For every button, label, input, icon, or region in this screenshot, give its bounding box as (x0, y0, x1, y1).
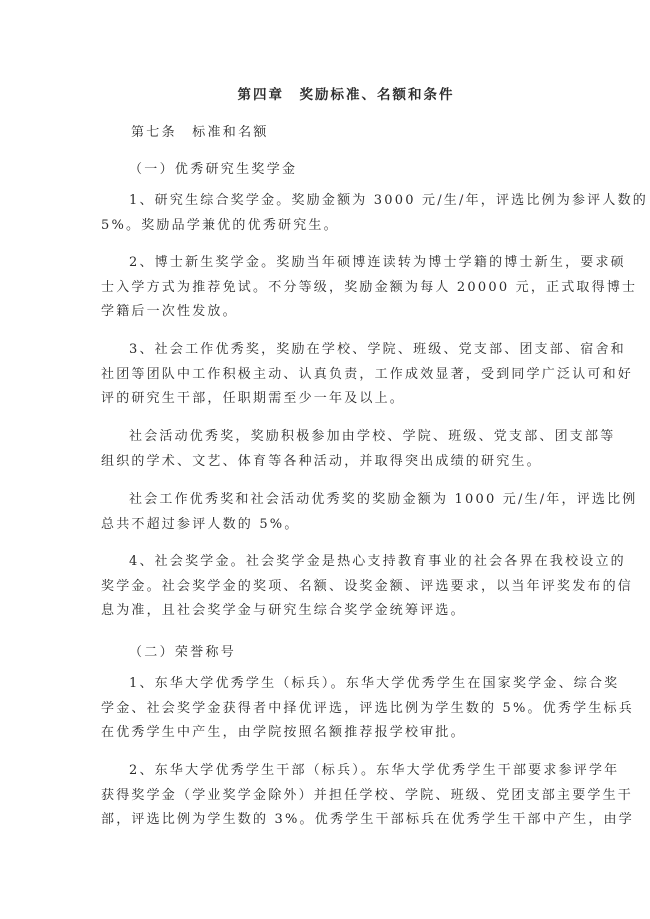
document-page: 第四章 奖励标准、名额和条件 第七条 标准和名额 （一）优秀研究生奖学金 1、研… (0, 0, 650, 919)
text-line: 学籍后一次性发放。 (101, 300, 549, 325)
paragraph-social-work-award: 3、社会工作优秀奖，奖励在学校、学院、班级、党支部、团支部、宿舍和 社团等团队中… (101, 338, 549, 412)
text-line: 2、博士新生奖学金。奖励当年硕博连读转为博士学籍的博士新生，要求硕 (101, 251, 549, 276)
text-line: 组织的学术、文艺、体育等各种活动，并取得突出成绩的研究生。 (101, 450, 549, 475)
section-heading-scholarships: （一）优秀研究生奖学金 (129, 158, 297, 177)
text-line: 2、东华大学优秀学生干部（标兵）。东华大学优秀学生干部要求参评学年 (101, 759, 549, 784)
text-line: 士入学方式为推荐免试。不分等级，奖励金额为每人 20000 元，正式取得博士 (101, 276, 549, 301)
article-title: 第七条 标准和名额 (131, 121, 269, 140)
paragraph-doctoral-freshman-scholarship: 2、博士新生奖学金。奖励当年硕博连读转为博士学籍的博士新生，要求硕 士入学方式为… (101, 251, 549, 325)
text-line: 1、东华大学优秀学生（标兵）。东华大学优秀学生在国家奖学金、综合奖 (101, 672, 549, 697)
text-line: 1、研究生综合奖学金。奖励金额为 3000 元/生/年，评选比例为参评人数的 (101, 189, 549, 214)
paragraph-social-scholarship: 4、社会奖学金。社会奖学金是热心支持教育事业的社会各界在我校设立的 奖学金。社会… (101, 550, 549, 624)
text-line: 学金、社会奖学金获得者中择优评选，评选比例为学生数的 5%。优秀学生标兵 (101, 697, 549, 722)
text-line: 社团等团队中工作积极主动、认真负责，工作成效显著，受到同学广泛认可和好 (101, 363, 549, 388)
chapter-title: 第四章 奖励标准、名额和条件 (0, 83, 650, 103)
paragraph-outstanding-student: 1、东华大学优秀学生（标兵）。东华大学优秀学生在国家奖学金、综合奖 学金、社会奖… (101, 672, 549, 746)
text-line: 4、社会奖学金。社会奖学金是热心支持教育事业的社会各界在我校设立的 (101, 550, 549, 575)
text-line: 评的研究生干部，任职期需至少一年及以上。 (101, 387, 549, 412)
text-line: 息为准，且社会奖学金与研究生综合奖学金统筹评选。 (101, 599, 549, 624)
paragraph-outstanding-student-cadre: 2、东华大学优秀学生干部（标兵）。东华大学优秀学生干部要求参评学年 获得奖学金（… (101, 759, 549, 833)
paragraph-award-amount: 社会工作优秀奖和社会活动优秀奖的奖励金额为 1000 元/生/年，评选比例 总共… (101, 488, 549, 537)
section-heading-honorary-titles: （二）荣誉称号 (129, 641, 236, 660)
text-line: 3、社会工作优秀奖，奖励在学校、学院、班级、党支部、团支部、宿舍和 (101, 338, 549, 363)
text-line: 社会活动优秀奖，奖励积极参加由学校、学院、班级、党支部、团支部等 (101, 425, 549, 450)
text-line: 5%。奖励品学兼优的优秀研究生。 (101, 214, 549, 239)
text-line: 奖学金。社会奖学金的奖项、名额、设奖金额、评选要求，以当年评奖发布的信 (101, 575, 549, 600)
paragraph-comprehensive-scholarship: 1、研究生综合奖学金。奖励金额为 3000 元/生/年，评选比例为参评人数的 5… (101, 189, 549, 238)
text-line: 获得奖学金（学业奖学金除外）并担任学校、学院、班级、党团支部主要学生干 (101, 784, 549, 809)
paragraph-social-activity-award: 社会活动优秀奖，奖励积极参加由学校、学院、班级、党支部、团支部等 组织的学术、文… (101, 425, 549, 474)
text-line: 总共不超过参评人数的 5%。 (101, 513, 549, 538)
text-line: 部，评选比例为学生数的 3%。优秀学生干部标兵在优秀学生干部中产生，由学 (101, 808, 549, 833)
text-line: 社会工作优秀奖和社会活动优秀奖的奖励金额为 1000 元/生/年，评选比例 (101, 488, 549, 513)
text-line: 在优秀学生中产生，由学院按照名额推荐报学校审批。 (101, 721, 549, 746)
